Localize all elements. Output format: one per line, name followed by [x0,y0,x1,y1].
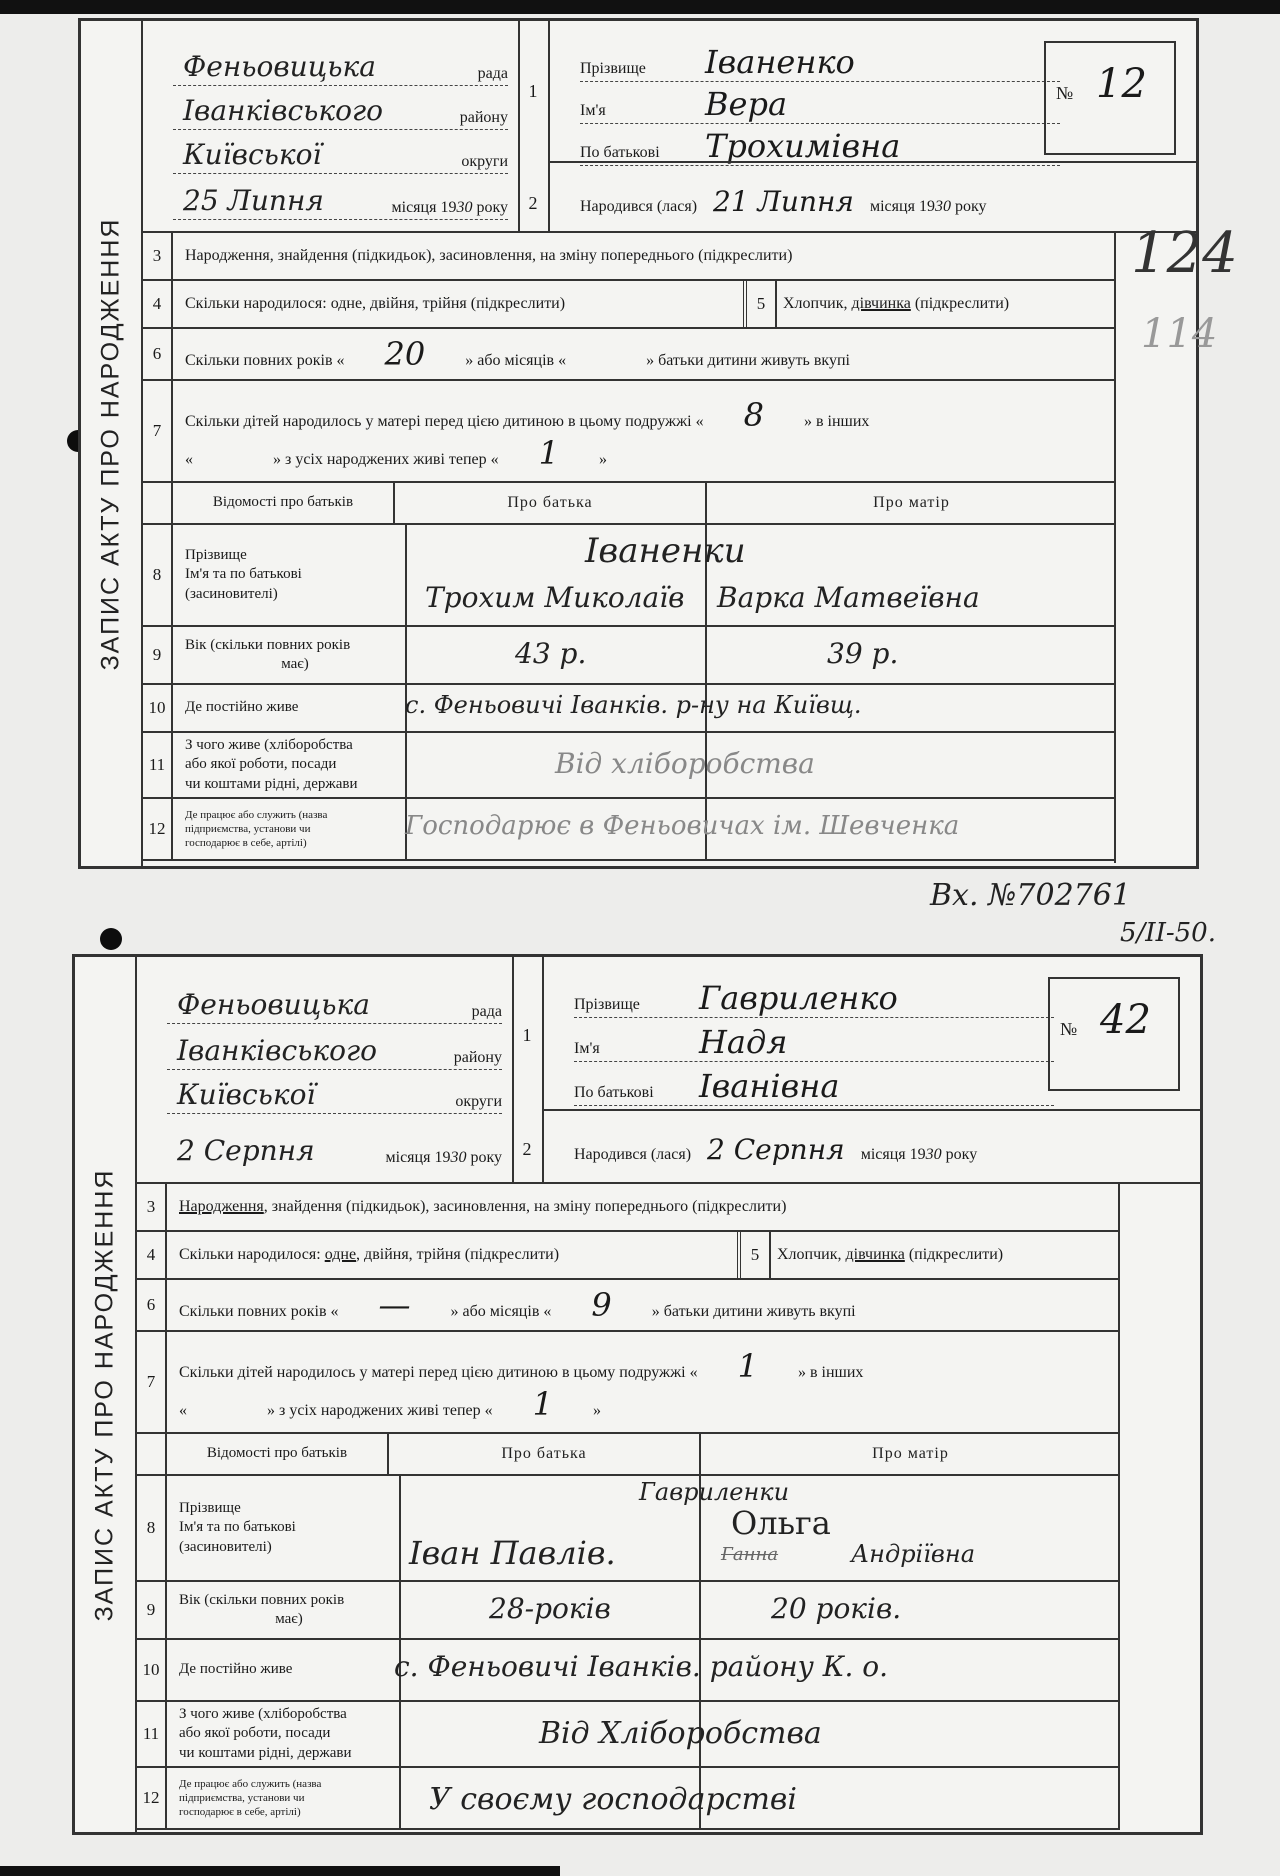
margin-note: 114 [1141,311,1217,357]
punch-hole [100,928,122,950]
row-11-livelihood: 11З чого живе (хліборобстваабо якої робо… [137,1702,1120,1768]
raion-field: Іванківськогорайону [173,93,508,130]
date-note: 5/II-50. [1120,918,1216,948]
row-10-residence: 10Де постійно живес. Феньовичі Іванків. … [143,685,1116,733]
row-12-workplace: 12Де працює або служить (назвапідприємст… [143,799,1116,861]
birth-record-form-2: ЗАПИС АКТУ ПРО НАРОДЖЕННЯ Феньовицькарад… [72,954,1203,1835]
row-6-cohabitation: 6Скільки повних років «—» або місяців «9… [137,1280,1120,1332]
child-patronymic-field: По батьковіІванівна [574,1065,1054,1106]
margin-column [1118,1184,1200,1829]
margin-note: 124 [1131,221,1238,286]
row-6-cohabitation: 6Скільки повних років «20» або місяців «… [143,329,1116,381]
form-header: Феньовицькарада Іванківськогорайону Київ… [137,957,1200,1184]
form-side-title: ЗАПИС АКТУ ПРО НАРОДЖЕННЯ [75,957,137,1832]
row-7-children-count: 7 Скільки дітей народилось у матері пере… [137,1332,1120,1434]
parents-table-header: Відомості про батьківПро батькаПро матір [137,1434,1120,1476]
row-7-children-count: 7 Скільки дітей народилось у матері пере… [143,381,1116,483]
birth-date-field: Народився (лася)2 Серпнямісяця 1930 року [544,1109,1200,1184]
row-3-event-type: 3Народження, знайдення (підкидьок), заси… [143,233,1116,281]
row-3-event-type: 3Народження, знайдення (підкидьок), заси… [137,1184,1120,1232]
child-name-field: Ім'яВера [580,83,1060,124]
raion-field: Іванківськогорайону [167,1033,502,1070]
row-8-names: 8ПрізвищеІм'я та по батькові(засиновител… [143,525,1116,627]
child-surname-field: ПрізвищеІваненко [580,41,1060,82]
child-patronymic-field: По батьковіТрохимівна [580,125,1060,166]
form-header: Феньовицькарада Іванківськогорайону Київ… [143,21,1196,233]
row-5-sex: 5Хлопчик, дівчинка (підкреслити) [743,281,747,327]
row-4-multiplicity: 4Скільки народилося: одне, двійня, трійн… [137,1232,1120,1280]
row-5-sex: 5Хлопчик, дівчинка (підкреслити) [737,1232,741,1278]
record-number-box: №12 [1044,41,1176,155]
registration-date-field: 2 Серпнямісяця 1930 року [167,1133,502,1169]
row-8-names: 8ПрізвищеІм'я та по батькові(засиновител… [137,1476,1120,1582]
row-12-workplace: 12Де працює або служить (назвапідприємст… [137,1768,1120,1830]
okruha-field: Київськоїокруги [173,137,508,174]
rada-field: Феньовицькарада [173,49,508,86]
record-number-box: №42 [1048,977,1180,1091]
row-10-residence: 10Де постійно живес. Феньовичі Іванків. … [137,1640,1120,1702]
child-surname-field: ПрізвищеГавриленко [574,977,1054,1018]
scan-edge-top [0,0,1280,14]
registration-date-field: 25 Липнямісяця 1930 року [173,183,508,220]
row-11-livelihood: 11З чого живе (хліборобстваабо якої робо… [143,733,1116,799]
rada-field: Феньовицькарада [167,987,502,1024]
child-name-field: Ім'яНадя [574,1021,1054,1062]
row-9-age: 9Вік (скільки повних роківмає)43 р.39 р. [143,627,1116,685]
scan-edge-bottom [0,1866,560,1876]
incoming-number-note: Вх. №702761 [930,878,1131,913]
birth-date-field: Народився (лася)21 Липнямісяця 1930 року [550,161,1196,233]
form-side-title: ЗАПИС АКТУ ПРО НАРОДЖЕННЯ [81,21,143,866]
row-4-multiplicity: 4Скільки народилося: одне, двійня, трійн… [143,281,1116,329]
okruha-field: Київськоїокруги [167,1077,502,1114]
parents-table-header: Відомості про батьківПро батькаПро матір [143,483,1116,525]
birth-record-form-1: ЗАПИС АКТУ ПРО НАРОДЖЕННЯ Феньовицькарад… [78,18,1199,869]
row-9-age: 9Вік (скільки повних роківмає)28-років20… [137,1582,1120,1640]
